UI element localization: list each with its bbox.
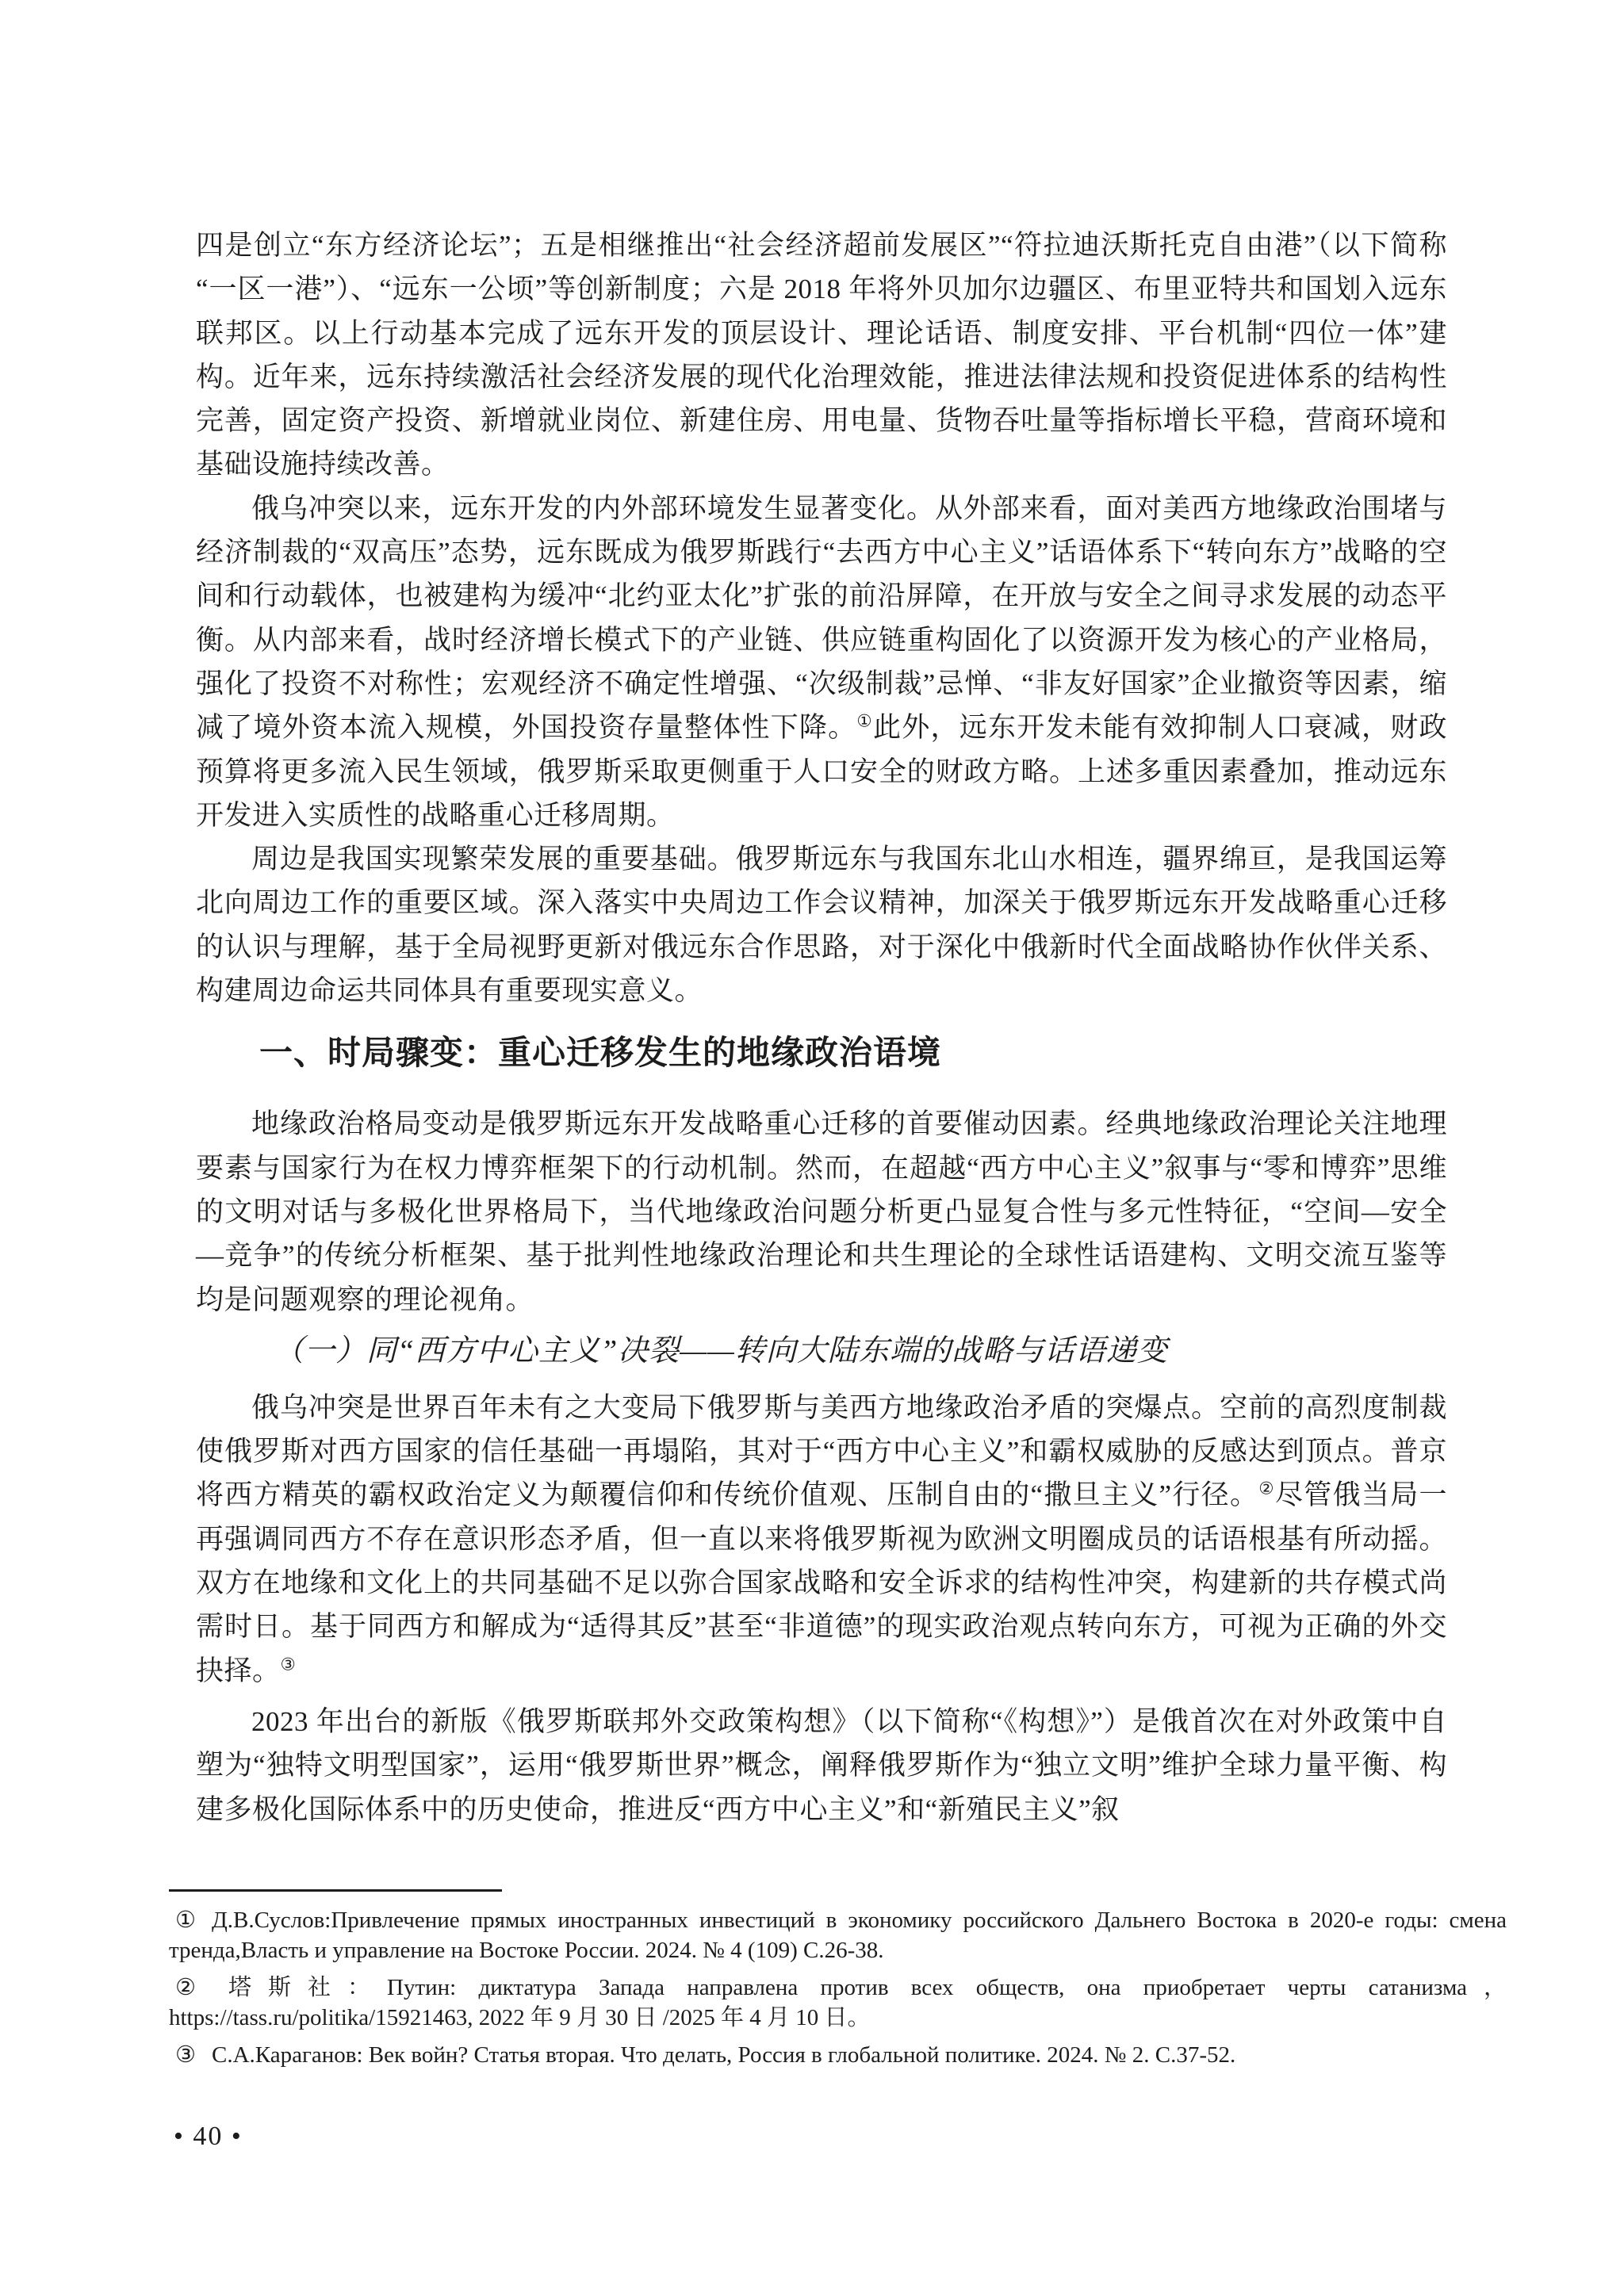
- footnote-marker: ③: [175, 2040, 212, 2070]
- document-page: 四是创立“东方经济论坛”；五是相继推出“社会经济超前发展区”“符拉迪沃斯托克自由…: [0, 0, 1624, 2296]
- footnote-marker: ②: [175, 1973, 212, 2003]
- body-paragraph: 地缘政治格局变动是俄罗斯远东开发战略重心迁移的首要催动因素。经典地缘政治理论关注…: [196, 1102, 1447, 1321]
- main-text-column: 四是创立“东方经济论坛”；五是相继推出“社会经济超前发展区”“符拉迪沃斯托克自由…: [196, 224, 1447, 1831]
- body-paragraph: 四是创立“东方经济论坛”；五是相继推出“社会经济超前发展区”“符拉迪沃斯托克自由…: [196, 224, 1447, 487]
- footnote-item: ①Д.В.Суслов:Привлечение прямых иностранн…: [169, 1905, 1507, 1965]
- footnote-text: 塔斯社：Путин: диктатура Запада направлена п…: [169, 1975, 1507, 2030]
- footnote-item: ③С.А.Караганов: Век войн? Статья вторая.…: [169, 2040, 1507, 2070]
- footnote-separator: [169, 1889, 502, 1892]
- footnote-text: С.А.Караганов: Век войн? Статья вторая. …: [212, 2042, 1235, 2068]
- body-paragraph: 2023 年出台的新版《俄罗斯联邦外交政策构想》（以下简称“《构想》”）是俄首次…: [196, 1700, 1447, 1831]
- subsection-heading: （一）同“西方中心主义”决裂——转向大陆东端的战略与话语递变: [274, 1328, 1447, 1374]
- page-number: • 40 •: [174, 2122, 243, 2152]
- footnote-text: Д.В.Суслов:Привлечение прямых иностранны…: [169, 1908, 1507, 1963]
- body-paragraph: 俄乌冲突是世界百年未有之大变局下俄罗斯与美西方地缘政治矛盾的突爆点。空前的高烈度…: [196, 1386, 1447, 1693]
- footnote-marker: ①: [175, 1905, 212, 1935]
- footnote-item: ②塔斯社：Путин: диктатура Запада направлена …: [169, 1973, 1507, 2033]
- body-paragraph: 周边是我国实现繁荣发展的重要基础。俄罗斯远东与我国东北山水相连，疆界绵亘，是我国…: [196, 837, 1447, 1012]
- section-heading: 一、时局骤变：重心迁移发生的地缘政治语境: [259, 1027, 1447, 1079]
- body-paragraph: 俄乌冲突以来，远东开发的内外部环境发生显著变化。从外部来看，面对美西方地缘政治围…: [196, 487, 1447, 837]
- footnotes-block: ①Д.В.Суслов:Привлечение прямых иностранн…: [169, 1905, 1507, 2070]
